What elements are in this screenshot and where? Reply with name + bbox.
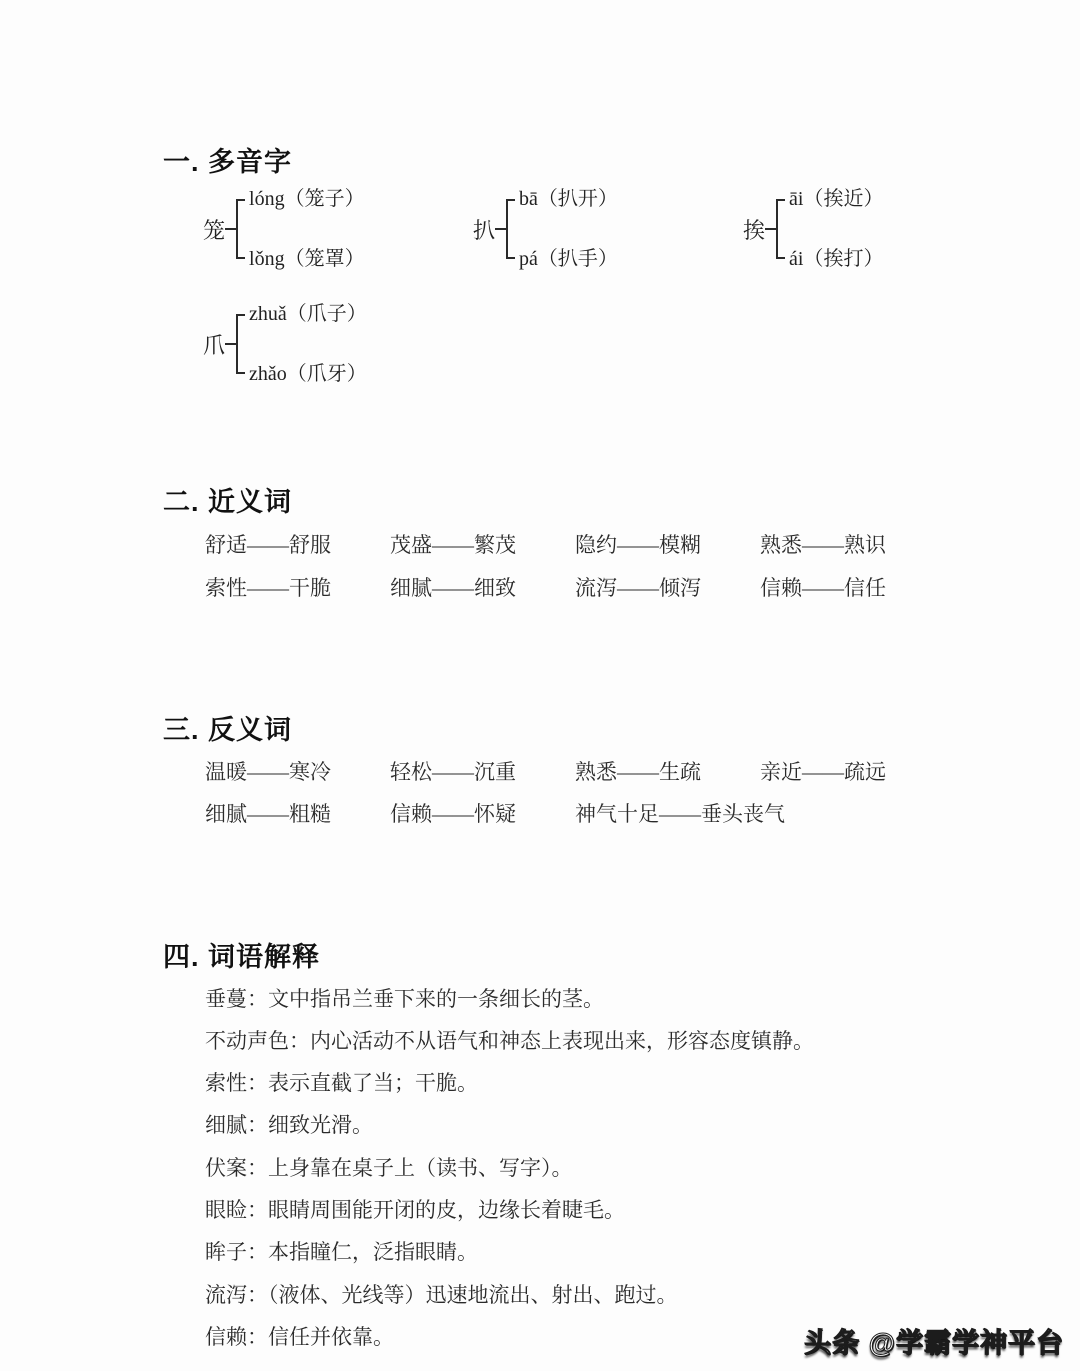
- polyphone-reading: zhuǎ（爪子）: [249, 303, 367, 325]
- antonym-pair: 熟悉——生疏: [575, 761, 760, 784]
- bracket-connector-line: [225, 343, 236, 345]
- polyphone-readings: zhuǎ（爪子） zhǎo（爪牙）: [249, 303, 367, 385]
- synonym-row: 索性——干脆 细腻——细致 流泻——倾泻 信赖——信任: [205, 577, 925, 600]
- antonym-pair: 信赖——怀疑: [390, 803, 575, 826]
- antonym-pair: 温暖——寒冷: [205, 761, 390, 784]
- polyphone-reading: pá（扒手）: [519, 248, 618, 270]
- polyphone-reading: lóng（笼子）: [249, 188, 365, 210]
- definition-line: 流泻：（液体、光线等）迅速地流出、射出、跑过。: [205, 1284, 678, 1307]
- antonym-pair: 轻松——沉重: [390, 761, 575, 784]
- document-page: 一. 多音字 笼 lóng（笼子） lǒng（笼罩） 扒 bā（扒开） pá（扒…: [0, 0, 1080, 1371]
- polyphone-readings: lóng（笼子） lǒng（笼罩）: [249, 188, 365, 270]
- polyphone-group-ai: 挨 āi（挨近） ái（挨打）: [743, 188, 883, 270]
- polyphone-group-long: 笼 lóng（笼子） lǒng（笼罩）: [203, 188, 365, 270]
- section-heading-synonyms: 二. 近义词: [163, 480, 292, 519]
- definition-line: 眼睑：眼睛周围能开闭的皮，边缘长着睫毛。: [205, 1199, 625, 1222]
- synonym-pair: 信赖——信任: [760, 577, 945, 600]
- bracket-connector-line: [225, 228, 236, 230]
- definition-line: 信赖：信任并依靠。: [205, 1326, 394, 1349]
- definition-line: 垂蔓：文中指吊兰垂下来的一条细长的茎。: [205, 988, 604, 1011]
- synonym-pair: 细腻——细致: [390, 577, 575, 600]
- antonym-pair: 亲近——疏远: [760, 761, 945, 784]
- section-heading-definitions: 四. 词语解释: [163, 935, 320, 974]
- synonym-row: 舒适——舒服 茂盛——繁茂 隐约——模糊 熟悉——熟识: [205, 534, 925, 557]
- definition-line: 眸子：本指瞳仁，泛指眼睛。: [205, 1241, 478, 1264]
- polyphone-reading: lǒng（笼罩）: [249, 248, 365, 270]
- antonym-pair: 细腻——粗糙: [205, 803, 390, 826]
- polyphone-char: 挨: [743, 214, 765, 245]
- bracket-icon: [506, 199, 515, 259]
- polyphone-reading: āi（挨近）: [789, 188, 883, 210]
- section-heading-polyphones: 一. 多音字: [163, 140, 292, 179]
- polyphone-reading: ái（挨打）: [789, 248, 883, 270]
- synonym-pair: 舒适——舒服: [205, 534, 390, 557]
- synonym-pair: 流泻——倾泻: [575, 577, 760, 600]
- synonym-pair: 隐约——模糊: [575, 534, 760, 557]
- section-heading-antonyms: 三. 反义词: [163, 708, 292, 747]
- polyphone-char: 扒: [473, 214, 495, 245]
- bracket-icon: [776, 199, 785, 259]
- bracket-connector-line: [765, 228, 776, 230]
- antonym-row: 温暖——寒冷 轻松——沉重 熟悉——生疏 亲近——疏远: [205, 761, 925, 784]
- polyphone-char: 爪: [203, 329, 225, 360]
- definition-line: 伏案：上身靠在桌子上（读书、写字）。: [205, 1157, 573, 1180]
- synonym-pair: 索性——干脆: [205, 577, 390, 600]
- bracket-icon: [236, 314, 245, 374]
- toutiao-watermark: 头条 @学霸学神平台: [804, 1321, 1064, 1360]
- polyphone-char: 笼: [203, 214, 225, 245]
- antonym-pair: 神气十足——垂头丧气: [575, 803, 785, 826]
- definition-line: 索性：表示直截了当；干脆。: [205, 1072, 478, 1095]
- polyphone-reading: zhǎo（爪牙）: [249, 363, 367, 385]
- bracket-connector-line: [495, 228, 506, 230]
- definition-line: 不动声色：内心活动不从语气和神态上表现出来，形容态度镇静。: [205, 1030, 814, 1053]
- polyphone-group-ba: 扒 bā（扒开） pá（扒手）: [473, 188, 618, 270]
- synonym-pair: 熟悉——熟识: [760, 534, 945, 557]
- bracket-icon: [236, 199, 245, 259]
- definition-line: 细腻：细致光滑。: [205, 1114, 373, 1137]
- synonym-pair: 茂盛——繁茂: [390, 534, 575, 557]
- antonym-row: 细腻——粗糙 信赖——怀疑 神气十足——垂头丧气: [205, 803, 925, 826]
- polyphone-reading: bā（扒开）: [519, 188, 618, 210]
- polyphone-readings: bā（扒开） pá（扒手）: [519, 188, 618, 270]
- polyphone-readings: āi（挨近） ái（挨打）: [789, 188, 883, 270]
- polyphone-group-zhua: 爪 zhuǎ（爪子） zhǎo（爪牙）: [203, 303, 367, 385]
